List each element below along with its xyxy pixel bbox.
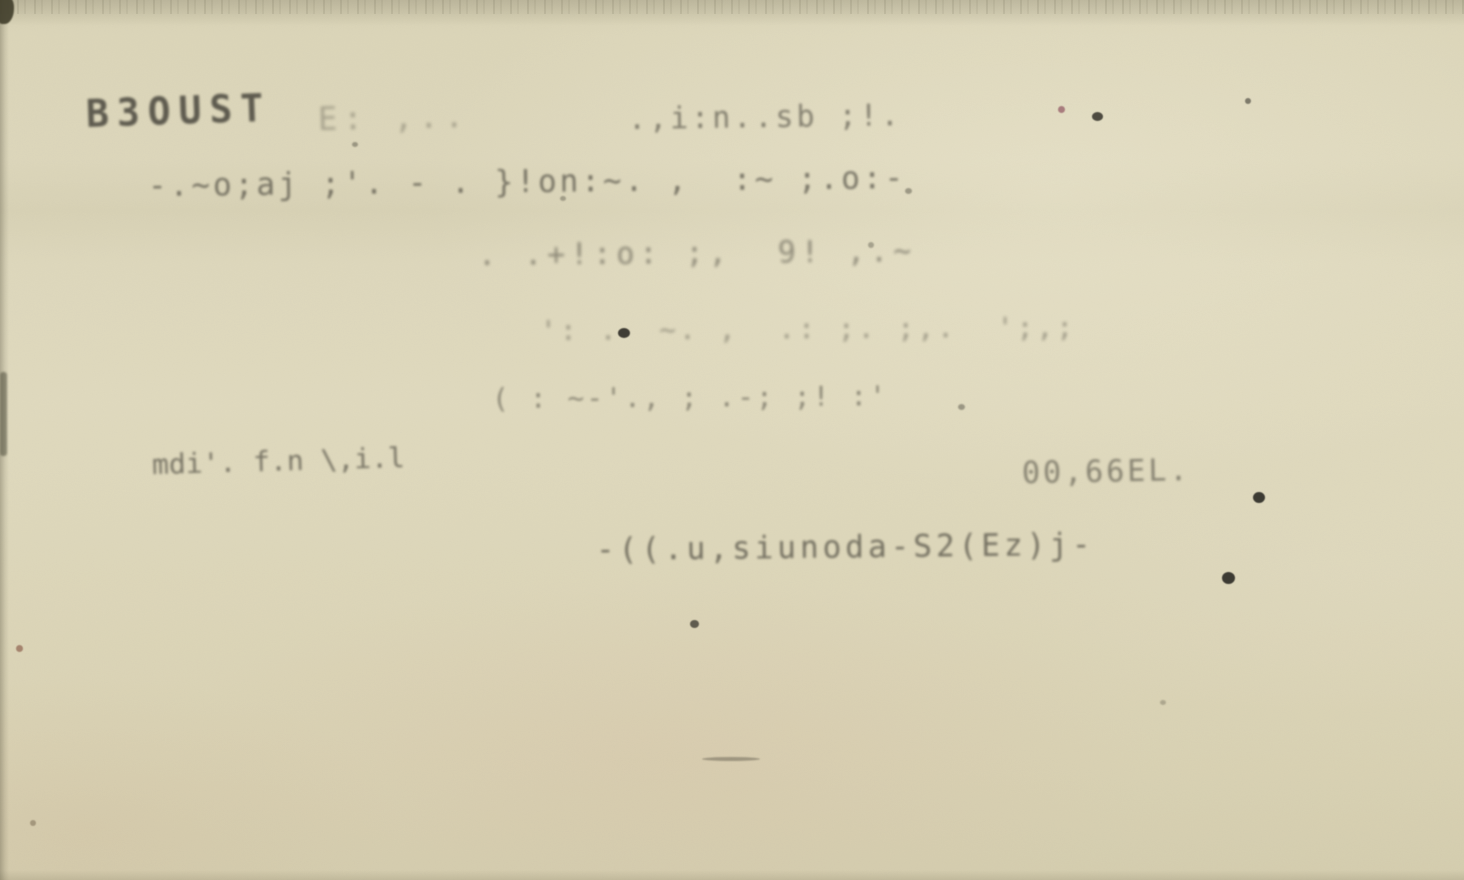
speck-ink-5 bbox=[1222, 572, 1235, 584]
speck-ink-1 bbox=[1092, 112, 1103, 121]
typewriter-line-typist-marks-left: mdi'. f.n \,i.l bbox=[152, 441, 406, 481]
typewriter-line-reference-line: -((.u,siunoda-S2(Ez)j- bbox=[596, 527, 1095, 568]
speck-rust-1 bbox=[16, 645, 23, 652]
speck-ink-2 bbox=[1245, 98, 1251, 104]
speck-ink-3 bbox=[618, 328, 630, 338]
scan-edge-bottom bbox=[0, 870, 1464, 880]
speck-dash bbox=[702, 757, 760, 761]
typewriter-line-header-left-faded: E: ,.. bbox=[318, 97, 470, 138]
typewriter-line-number-group: 00,66EL. bbox=[1022, 453, 1191, 491]
speck-red-violet bbox=[1058, 106, 1065, 113]
speck-faint-5 bbox=[958, 404, 965, 410]
typewriter-line-header-right: .,i:n..sb ;!. bbox=[628, 98, 902, 137]
speck-faint-4 bbox=[560, 196, 566, 201]
speck-faint-3 bbox=[868, 242, 874, 248]
speck-rust-2 bbox=[30, 820, 36, 826]
scan-edge-top-streaks bbox=[0, 0, 1464, 14]
speck-ink-6 bbox=[690, 620, 699, 628]
scanned-card: B3OUSTE: ,...,i:n..sb ;!.-.~o;aj ;'. - .… bbox=[0, 0, 1464, 880]
typewriter-line-body-line-4: ( : ~-'., ; .-; ;! :' bbox=[492, 379, 888, 415]
typewriter-line-body-line-2: . .+!:o: ;, 9! ,.~ bbox=[478, 234, 916, 273]
scan-edge-left-dark-segment bbox=[0, 372, 7, 456]
speck-faint-1 bbox=[352, 142, 358, 147]
typewriter-line-body-line-1: -.~o;aj ;'. - . }!on:~. , :~ ;.o:- bbox=[148, 160, 907, 204]
speck-ink-4 bbox=[1253, 492, 1265, 503]
typewriter-line-header-left-strong: B3OUST bbox=[85, 86, 272, 136]
speck-faint-2 bbox=[905, 188, 912, 194]
speck-faint-6 bbox=[1160, 700, 1166, 705]
